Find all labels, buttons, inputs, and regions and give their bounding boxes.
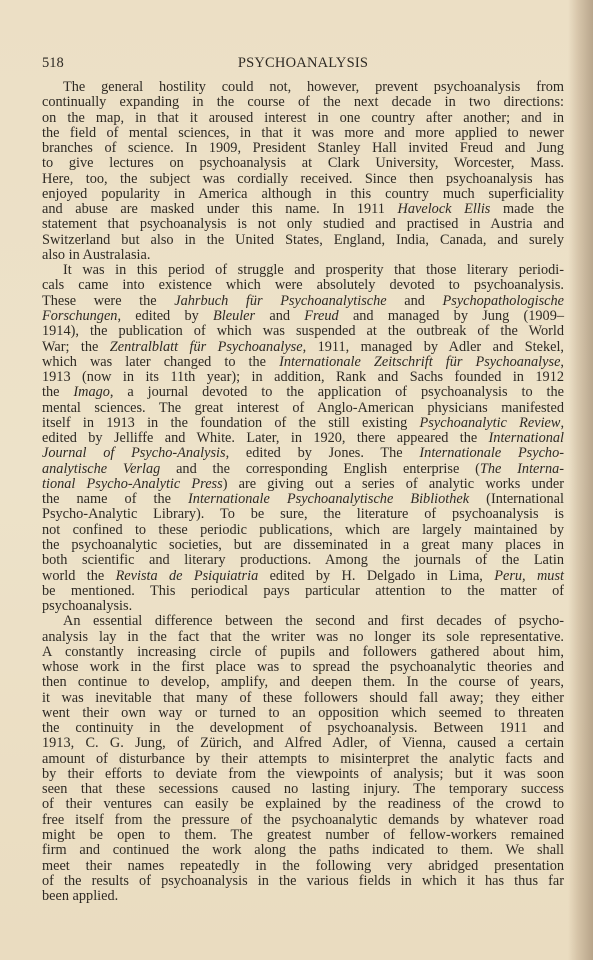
- text-run: , edited by: [117, 308, 213, 324]
- italic-title: Forschungen: [42, 308, 117, 324]
- text-run: of the results of psychoanalysis in the …: [42, 873, 564, 889]
- text-line: enjoyed popularity in America although i…: [42, 187, 564, 202]
- text-line: 1914), the publication of which was susp…: [42, 324, 564, 339]
- text-run: Here, too, the subject was cordially rec…: [42, 171, 564, 187]
- text-line: Switzerland but also in the United State…: [42, 233, 564, 248]
- text-line: seen that these secessions caused no las…: [42, 782, 564, 797]
- text-line: A constantly increasing circle of pupils…: [42, 645, 564, 660]
- text-run: and: [387, 293, 443, 309]
- text-line: to give lectures on psychoanalysis at Cl…: [42, 156, 564, 171]
- text-line: it was inevitable that many of these fol…: [42, 691, 564, 706]
- text-line: both scientific and literary productions…: [42, 553, 564, 568]
- text-line: on the map, in that it aroused interest …: [42, 111, 564, 126]
- italic-title: International: [489, 430, 564, 446]
- italic-title: Internationale Zeitschrift für Psychoana…: [279, 354, 560, 370]
- text-run: mental sciences. The great interest of A…: [42, 400, 564, 416]
- text-line: meet their names repeatedly in the follo…: [42, 859, 564, 874]
- text-line: free itself from the pressure of the psy…: [42, 813, 564, 828]
- text-run: War; the: [42, 339, 110, 355]
- text-run: by their efforts to deviate from the vie…: [42, 766, 564, 782]
- italic-title: Psychopathologische: [443, 293, 565, 309]
- text-run: 1914), the publication of which was susp…: [42, 323, 564, 339]
- text-run: of their ventures can easily be explaine…: [42, 796, 564, 812]
- text-run: the continuity in the development of psy…: [42, 720, 564, 736]
- text-run: , edited by Jones. The: [226, 445, 420, 461]
- text-run: the: [42, 384, 73, 400]
- text-run: ) are giving out a series of analytic wo…: [223, 476, 564, 492]
- text-run: free itself from the pressure of the psy…: [42, 812, 564, 828]
- italic-title: Internationale Psycho-: [419, 445, 564, 461]
- text-run: not confined to these periodic publicati…: [42, 522, 564, 538]
- running-head: PSYCHOANALYSIS: [42, 55, 564, 72]
- text-line: analytische Verlag and the corresponding…: [42, 462, 564, 477]
- text-line: world the Revista de Psiquiatria edited …: [42, 569, 564, 584]
- text-run: amount of disturbance by their attempts …: [42, 751, 564, 767]
- text-run: be mentioned. This periodical pays parti…: [42, 583, 564, 599]
- text-line: analysis lay in the fact that the writer…: [42, 630, 564, 645]
- italic-title: Psychoanalytic Review: [420, 415, 561, 431]
- text-line: the psychoanalytic societies, but are di…: [42, 538, 564, 553]
- text-run: also in Australasia.: [42, 247, 150, 263]
- text-line: also in Australasia.: [42, 248, 564, 263]
- text-run: then continue to develop, amplify, and d…: [42, 674, 564, 690]
- text-run: and: [255, 308, 304, 324]
- text-line: These were the Jahrbuch für Psychoanalyt…: [42, 294, 564, 309]
- text-line: edited by Jelliffe and White. Later, in …: [42, 431, 564, 446]
- text-run: The general hostility could not, however…: [63, 79, 564, 95]
- text-line: might be open to them. The greatest numb…: [42, 828, 564, 843]
- text-run: It was in this period of struggle and pr…: [63, 262, 564, 278]
- text-run: firm and continued the work along the pa…: [42, 842, 564, 858]
- text-line: The general hostility could not, however…: [42, 80, 564, 95]
- text-line: not confined to these periodic publicati…: [42, 523, 564, 538]
- italic-title: Bleuler: [213, 308, 255, 324]
- text-run: Switzerland but also in the United State…: [42, 232, 564, 248]
- text-line: Forschungen, edited by Bleuler and Freud…: [42, 309, 564, 324]
- italic-title: Jahrbuch für Psychoanalytische: [174, 293, 386, 309]
- page-header: 518 PSYCHOANALYSIS: [42, 55, 564, 71]
- italic-title: The Interna-: [480, 461, 564, 477]
- text-line: the name of the Internationale Psychoana…: [42, 492, 564, 507]
- text-run: it was inevitable that many of these fol…: [42, 690, 564, 706]
- text-line: the field of mental sciences, in that it…: [42, 126, 564, 141]
- text-run: ,: [560, 354, 564, 370]
- text-run: These were the: [42, 293, 174, 309]
- italic-title: Revista de Psiquiatria: [116, 568, 259, 584]
- text-run: the name of the: [42, 491, 188, 507]
- text-run: 1913 (now in its 11th year); in addition…: [42, 369, 564, 385]
- text-run: went their own way or turned to an oppos…: [42, 705, 564, 721]
- text-run: psychoanalysis.: [42, 598, 132, 614]
- text-run: and abuse are masked under this name. In…: [42, 201, 398, 217]
- text-run: been applied.: [42, 888, 118, 904]
- italic-title: analytische Verlag: [42, 461, 160, 477]
- text-run: meet their names repeatedly in the follo…: [42, 858, 564, 874]
- text-run: and the corresponding English enterprise…: [160, 461, 480, 477]
- text-line: An essential difference between the seco…: [42, 614, 564, 629]
- text-line: by their efforts to deviate from the vie…: [42, 767, 564, 782]
- text-line: been applied.: [42, 889, 564, 904]
- italic-title: Freud: [304, 308, 338, 324]
- text-run: branches of science. In 1909, President …: [42, 140, 564, 156]
- italic-title: Internationale Psychoanalytische Bibliot…: [188, 491, 469, 507]
- text-line: statement that psychoanalysis is not onl…: [42, 217, 564, 232]
- text-line: be mentioned. This periodical pays parti…: [42, 584, 564, 599]
- text-line: whose work in the first place was to spr…: [42, 660, 564, 675]
- text-run: whose work in the first place was to spr…: [42, 659, 564, 675]
- text-run: , a journal devoted to the application o…: [110, 384, 564, 400]
- text-run: (International: [469, 491, 564, 507]
- text-run: A constantly increasing circle of pupils…: [42, 644, 564, 660]
- text-run: edited by H. Delgado in Lima,: [258, 568, 494, 584]
- text-run: might be open to them. The greatest numb…: [42, 827, 564, 843]
- text-line: of their ventures can easily be explaine…: [42, 797, 564, 812]
- text-run: statement that psychoanalysis is not onl…: [42, 216, 564, 232]
- text-run: Psycho-Analytic Library). To be sure, th…: [42, 506, 564, 522]
- text-line: War; the Zentralblatt für Psychoanalyse,…: [42, 340, 564, 355]
- text-run: 1913, C. G. Jung, of Zürich, and Alfred …: [42, 735, 564, 751]
- text-line: of the results of psychoanalysis in the …: [42, 874, 564, 889]
- text-run: itself in 1913 in the foundation of the …: [42, 415, 420, 431]
- text-line: Psycho-Analytic Library). To be sure, th…: [42, 507, 564, 522]
- text-run: ,: [560, 415, 564, 431]
- text-line: itself in 1913 in the foundation of the …: [42, 416, 564, 431]
- text-line: It was in this period of struggle and pr…: [42, 263, 564, 278]
- text-line: 1913, C. G. Jung, of Zürich, and Alfred …: [42, 736, 564, 751]
- text-run: on the map, in that it aroused interest …: [42, 110, 564, 126]
- text-run: the field of mental sciences, in that it…: [42, 125, 564, 141]
- text-run: enjoyed popularity in America although i…: [42, 186, 564, 202]
- text-line: mental sciences. The great interest of A…: [42, 401, 564, 416]
- text-line: then continue to develop, amplify, and d…: [42, 675, 564, 690]
- text-run: edited by Jelliffe and White. Later, in …: [42, 430, 489, 446]
- text-line: went their own way or turned to an oppos…: [42, 706, 564, 721]
- text-line: which was later changed to the Internati…: [42, 355, 564, 370]
- paragraph: It was in this period of struggle and pr…: [42, 263, 564, 614]
- text-line: and abuse are masked under this name. In…: [42, 202, 564, 217]
- text-run: An essential difference between the seco…: [63, 613, 564, 629]
- text-run: , 1911, managed by Adler and Stekel,: [303, 339, 564, 355]
- text-run: continually expanding in the course of t…: [42, 94, 564, 110]
- text-run: cals came into existence which were abso…: [42, 277, 564, 293]
- text-run: the psychoanalytic societies, but are di…: [42, 537, 564, 553]
- text-line: amount of disturbance by their attempts …: [42, 752, 564, 767]
- text-run: world the: [42, 568, 116, 584]
- text-line: psychoanalysis.: [42, 599, 564, 614]
- text-run: and managed by Jung (1909–: [339, 308, 564, 324]
- text-line: continually expanding in the course of t…: [42, 95, 564, 110]
- text-line: 1913 (now in its 11th year); in addition…: [42, 370, 564, 385]
- italic-title: Journal of Psycho-Analysis: [42, 445, 226, 461]
- text-run: analysis lay in the fact that the writer…: [42, 629, 564, 645]
- italic-title: Imago: [73, 384, 110, 400]
- text-run: to give lectures on psychoanalysis at Cl…: [42, 155, 564, 171]
- text-line: tional Psycho-Analytic Press) are giving…: [42, 477, 564, 492]
- italic-title: Havelock Ellis: [398, 201, 491, 217]
- text-line: the Imago, a journal devoted to the appl…: [42, 385, 564, 400]
- text-run: both scientific and literary productions…: [42, 552, 564, 568]
- text-line: Journal of Psycho-Analysis, edited by Jo…: [42, 446, 564, 461]
- text-line: cals came into existence which were abso…: [42, 278, 564, 293]
- italic-title: Peru, must: [494, 568, 564, 584]
- body-text: The general hostility could not, however…: [42, 80, 564, 904]
- italic-title: Zentralblatt für Psychoanalyse: [110, 339, 303, 355]
- text-line: firm and continued the work along the pa…: [42, 843, 564, 858]
- book-page: 518 PSYCHOANALYSIS The general hostility…: [0, 0, 593, 960]
- text-run: which was later changed to the: [42, 354, 279, 370]
- text-line: the continuity in the development of psy…: [42, 721, 564, 736]
- paragraph: An essential difference between the seco…: [42, 614, 564, 904]
- text-run: made the: [490, 201, 564, 217]
- text-run: seen that these secessions caused no las…: [42, 781, 564, 797]
- text-line: Here, too, the subject was cordially rec…: [42, 172, 564, 187]
- italic-title: tional Psycho-Analytic Press: [42, 476, 223, 492]
- paragraph: The general hostility could not, however…: [42, 80, 564, 263]
- text-line: branches of science. In 1909, President …: [42, 141, 564, 156]
